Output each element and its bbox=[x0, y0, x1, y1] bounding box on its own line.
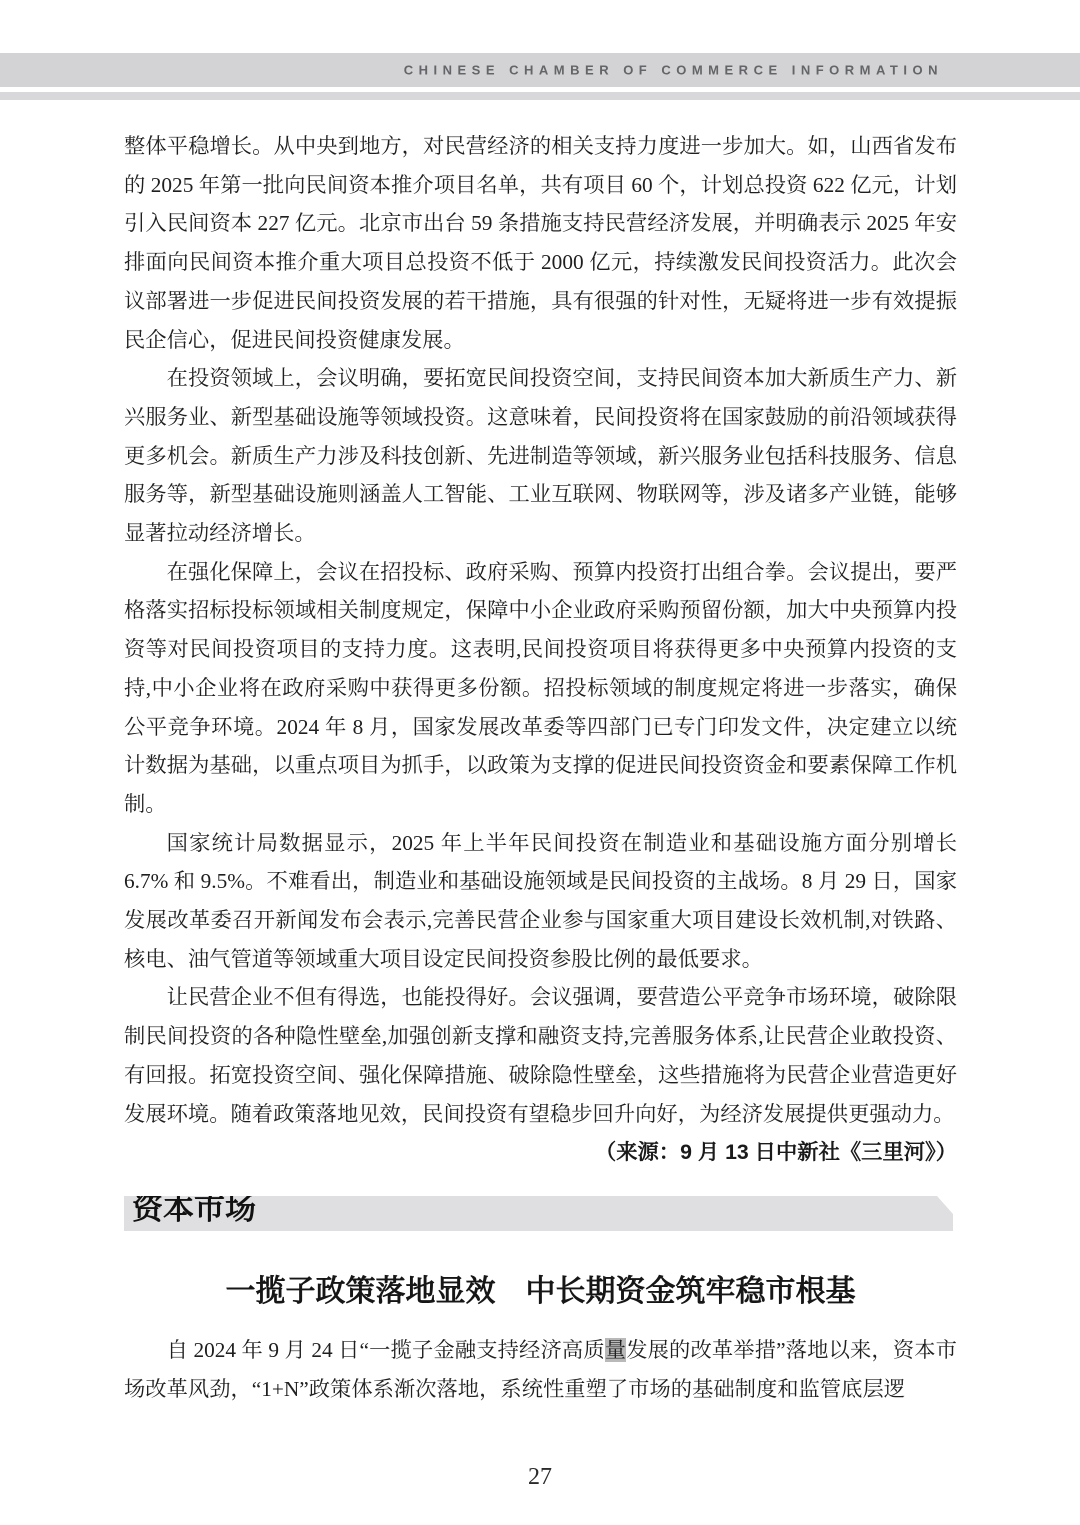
article-title: 一揽子政策落地显效 中长期资金筑牢稳市根基 bbox=[124, 1272, 957, 1312]
article2-body: 自 2024 年 9 月 24 日“一揽子金融支持经济高质量发展的改革举措”落地… bbox=[124, 1331, 957, 1408]
body-paragraph: 整体平稳增长。从中央到地方，对民营经济的相关支持力度进一步加大。如，山西省发布的… bbox=[124, 127, 957, 359]
body-paragraph: 自 2024 年 9 月 24 日“一揽子金融支持经济高质量发展的改革举措”落地… bbox=[124, 1331, 957, 1408]
body-paragraph: 让民营企业不但有得选，也能投得好。会议强调，要营造公平竞争市场环境，破除限制民间… bbox=[124, 978, 957, 1133]
header-banner-text: CHINESE CHAMBER OF COMMERCE INFORMATION bbox=[404, 63, 943, 78]
header-band-thin bbox=[0, 92, 1080, 100]
document-page: CHINESE CHAMBER OF COMMERCE INFORMATION … bbox=[0, 0, 1080, 1525]
body-paragraph: 在投资领域上，会议明确，要拓宽民间投资空间，支持民间资本加大新质生产力、新兴服务… bbox=[124, 359, 957, 553]
section-title: 资本市场 bbox=[132, 1190, 256, 1227]
body-paragraph: 在强化保障上，会议在招投标、政府采购、预算内投资打出组合拳。会议提出，要严格落实… bbox=[124, 553, 957, 824]
header-band: CHINESE CHAMBER OF COMMERCE INFORMATION bbox=[0, 53, 1080, 87]
page-number: 27 bbox=[0, 1462, 1080, 1493]
body-paragraph: 国家统计局数据显示，2025 年上半年民间投资在制造业和基础设施方面分别增长 6… bbox=[124, 824, 957, 979]
source-attribution: （来源：9 月 13 日中新社《三里河》） bbox=[124, 1133, 957, 1172]
paragraph-text-pre: 自 2024 年 9 月 24 日“一揽子金融支持经济高质 bbox=[167, 1338, 605, 1362]
article-body: 整体平稳增长。从中央到地方，对民营经济的相关支持力度进一步加大。如，山西省发布的… bbox=[124, 127, 957, 1172]
section-banner: 资本市场 bbox=[124, 1196, 953, 1231]
highlighted-character: 量 bbox=[605, 1338, 626, 1362]
